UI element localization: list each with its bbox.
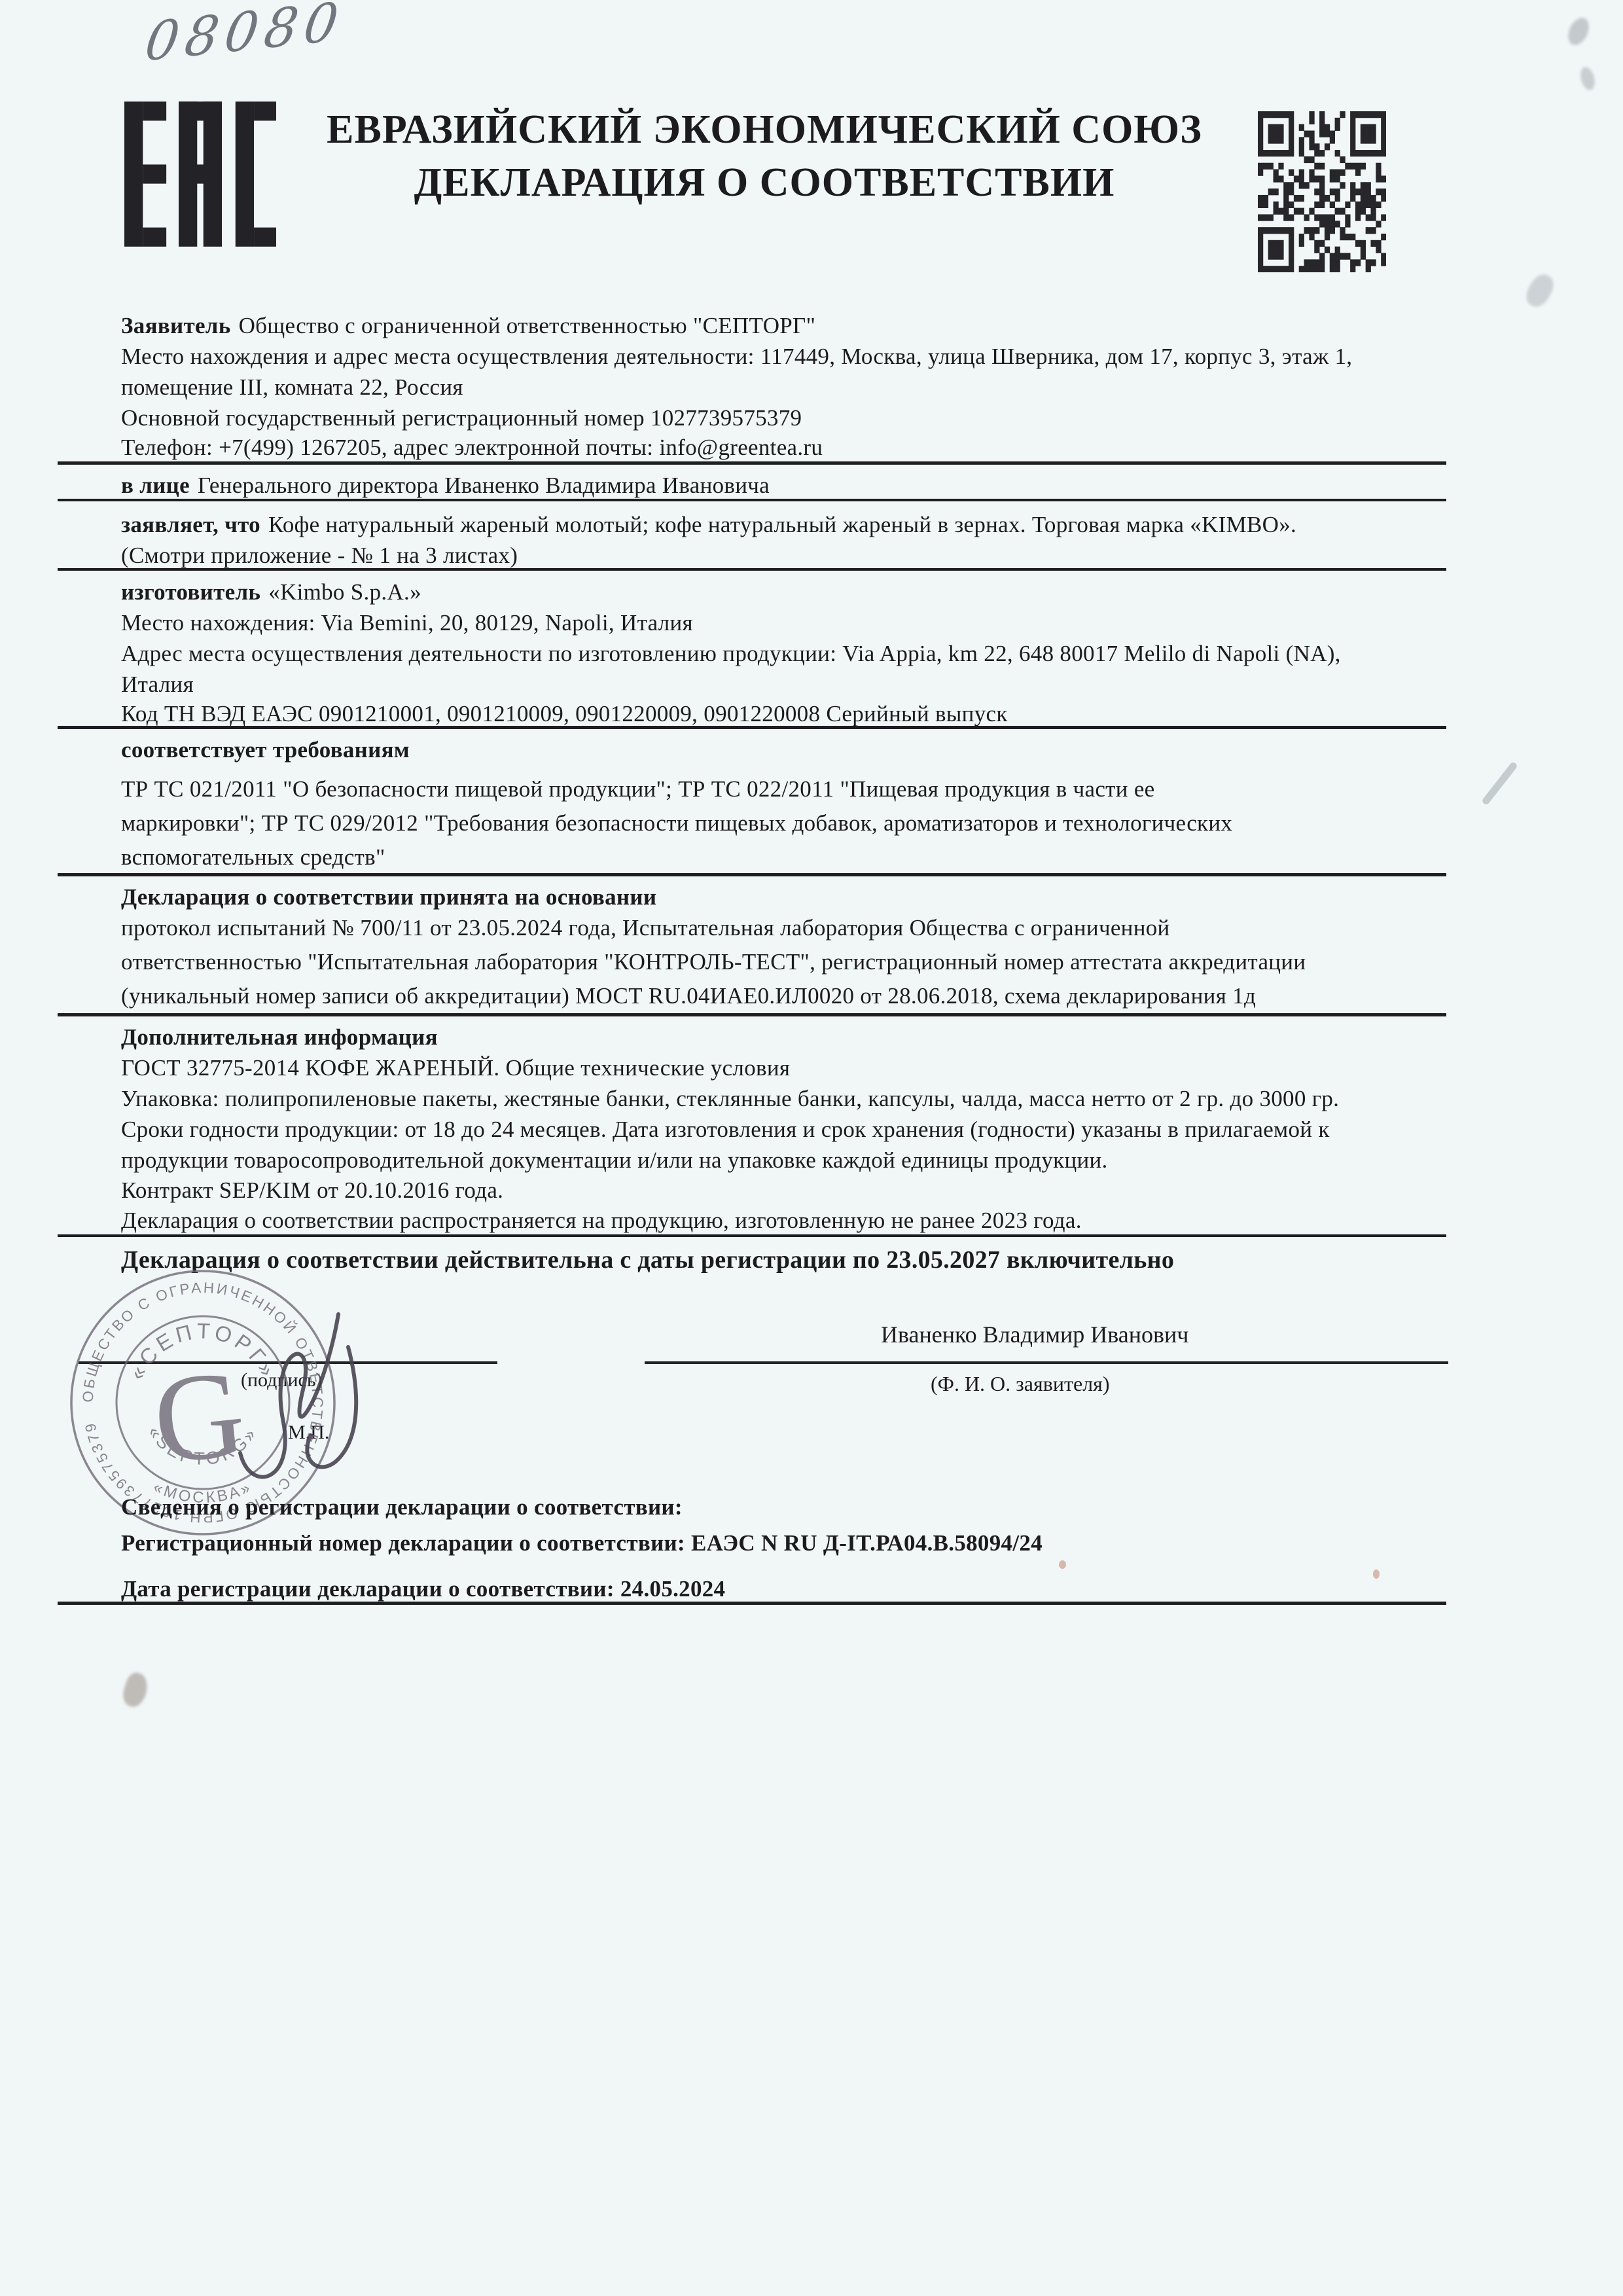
dust-artifact <box>1522 270 1558 311</box>
manufacturer-line: изготовитель«Kimbo S.p.A.» <box>121 579 421 605</box>
pencil-mark-artifact <box>1578 65 1597 92</box>
scan-smudge-artifact <box>120 1670 151 1710</box>
manufacturer-name: «Kimbo S.p.A.» <box>268 579 421 605</box>
name-line <box>645 1361 1448 1364</box>
basis-line-3: (уникальный номер записи об аккредитации… <box>121 983 1256 1009</box>
applicant-contacts: Телефон: +7(499) 1267205, адрес электрон… <box>121 435 823 461</box>
additional-line-2: Упаковка: полипропиленовые пакеты, жестя… <box>121 1086 1339 1112</box>
additional-line-3: Сроки годности продукции: от 18 до 24 ме… <box>121 1117 1330 1143</box>
additional-line-1: ГОСТ 32775-2014 КОФЕ ЖАРЕНЫЙ. Общие техн… <box>121 1055 790 1081</box>
eac-logo <box>124 100 276 248</box>
manufacturer-label: изготовитель <box>121 579 260 605</box>
in-person-text: Генерального директора Иваненко Владимир… <box>198 473 770 498</box>
additional-line-6: Декларация о соответствии распространяет… <box>121 1208 1082 1234</box>
speck-artifact <box>1059 1560 1066 1569</box>
applicant-ogrn: Основной государственный регистрационный… <box>121 405 802 431</box>
section-rule <box>58 726 1446 729</box>
additional-heading: Дополнительная информация <box>121 1024 438 1050</box>
applicant-name: Общество с ограниченной ответственностью… <box>239 313 816 338</box>
section-rule <box>58 1234 1446 1237</box>
conformity-line-1: ТР ТС 021/2011 "О безопасности пищевой п… <box>121 776 1155 802</box>
section-rule <box>58 499 1446 501</box>
handwritten-number: 08080 <box>141 0 348 73</box>
eac-letters <box>124 101 276 247</box>
pencil-mark-artifact <box>1564 14 1593 48</box>
additional-line-5: Контракт SEP/KIM от 20.10.2016 года. <box>121 1177 503 1204</box>
applicant-line: ЗаявительОбщество с ограниченной ответст… <box>121 313 815 339</box>
declares-line: заявляет, чтоКофе натуральный жареный мо… <box>121 512 1296 538</box>
qr-code <box>1258 111 1386 272</box>
page-title-line1: ЕВРАЗИЙСКИЙ ЭКОНОМИЧЕСКИЙ СОЮЗ <box>293 107 1236 153</box>
conformity-heading: соответствует требованиям <box>121 737 410 763</box>
stamp-center-monogram: G <box>147 1344 251 1490</box>
page-title-line2: ДЕКЛАРАЦИЯ О СООТВЕТСТВИИ <box>293 160 1236 206</box>
manufacturer-tnved: Код ТН ВЭД ЕАЭС 0901210001, 0901210009, … <box>121 701 1008 727</box>
speck-artifact <box>1373 1570 1380 1579</box>
declares-appendix: (Смотри приложение - № 1 на 3 листах) <box>121 543 518 569</box>
declares-label: заявляет, что <box>121 512 260 537</box>
registration-date: Дата регистрации декларации о соответств… <box>121 1576 725 1602</box>
in-person-line: в лицеГенерального директора Иваненко Вл… <box>121 473 770 499</box>
section-rule <box>58 873 1446 876</box>
manufacturer-activity-1: Адрес места осуществления деятельности п… <box>121 641 1341 667</box>
basis-line-1: протокол испытаний № 700/11 от 23.05.202… <box>121 915 1170 941</box>
section-rule <box>58 1013 1446 1016</box>
section-rule <box>58 461 1446 465</box>
signatory-name: Иваненко Владимир Иванович <box>881 1321 1188 1348</box>
applicant-address-1: Место нахождения и адрес места осуществл… <box>121 344 1352 370</box>
conformity-line-2: маркировки"; ТР ТС 029/2012 "Требования … <box>121 810 1232 836</box>
registration-heading: Сведения о регистрации декларации о соот… <box>121 1494 683 1520</box>
in-person-label: в лице <box>121 473 190 498</box>
declares-text: Кофе натуральный жареный молотый; кофе н… <box>268 512 1296 537</box>
basis-line-2: ответственностью "Испытательная лаборато… <box>121 949 1306 975</box>
basis-heading: Декларация о соответствии принята на осн… <box>121 884 656 910</box>
applicant-label: Заявитель <box>121 313 231 338</box>
manufacturer-location: Место нахождения: Via Bemini, 20, 80129,… <box>121 610 693 636</box>
section-rule <box>58 568 1446 571</box>
registration-number: Регистрационный номер декларации о соотв… <box>121 1530 1043 1556</box>
conformity-line-3: вспомогательных средств" <box>121 844 385 870</box>
additional-line-4: продукции товаросопроводительной докумен… <box>121 1147 1108 1174</box>
manufacturer-activity-2: Италия <box>121 672 194 698</box>
bottom-rule <box>58 1602 1446 1605</box>
name-caption: (Ф. И. О. заявителя) <box>931 1372 1109 1396</box>
scanned-declaration-page: { "page": { "handwritten_number": "08080… <box>0 0 1623 2296</box>
scan-streak-artifact <box>1481 761 1518 806</box>
applicant-address-2: помещение III, комната 22, Россия <box>121 374 463 401</box>
